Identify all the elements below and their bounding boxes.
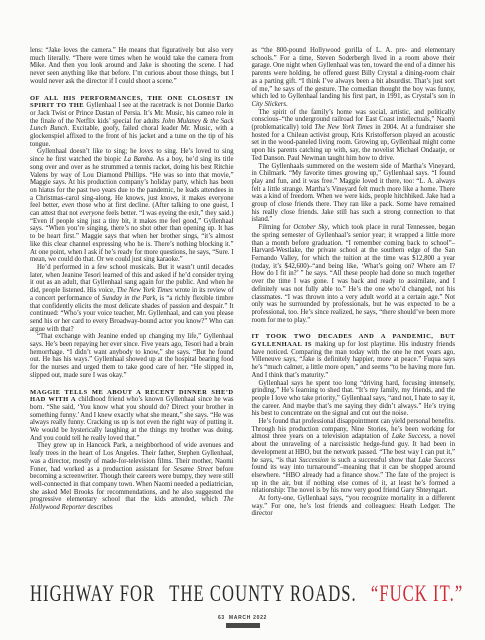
paragraph: At forty-one, Gyllenhaal says, “you reco… xyxy=(252,495,456,518)
paragraph: He’d performed in a few school musicals.… xyxy=(30,264,234,333)
paragraph: “That exchange with Jeanine ended up cha… xyxy=(30,333,234,379)
page-number: 63 xyxy=(218,615,225,621)
article-body: lens: “Jake loves the camera.” He means … xyxy=(30,47,455,518)
paragraph: Filming for October Sky, which took plac… xyxy=(252,224,456,324)
folio: 63MARCH 2022 xyxy=(0,615,485,628)
headline-segment-left: HIGHWAY FOR xyxy=(30,581,155,607)
paragraph: MAGGIE TELLS ME ABOUT A RECENT DINNER SH… xyxy=(30,389,234,443)
paragraph: Gyllenhaal doesn’t like to sing; he love… xyxy=(30,148,234,264)
pull-quote-headline: HIGHWAY FOR THE COUNTY ROADS. “FUCK IT.” xyxy=(0,581,485,607)
paragraph: OF ALL HIS PERFORMANCES, THE ONE CLOSEST… xyxy=(30,95,234,149)
magazine-page: lens: “Jake loves the camera.” He means … xyxy=(0,0,485,640)
paragraph: Gyllenhaal says he spent too long “drivi… xyxy=(252,380,456,419)
paragraph: IT TOOK TWO DECADES AND A PANDEMIC, BUT … xyxy=(252,333,456,379)
paragraph: The Gyllenhaals summered on the western … xyxy=(252,163,456,225)
left-column: lens: “Jake loves the camera.” He means … xyxy=(30,47,234,518)
right-column: as “the 800-pound Hollywood gorilla of L… xyxy=(252,47,456,518)
paragraph: lens: “Jake loves the camera.” He means … xyxy=(30,47,234,86)
headline-segment-accent: “FUCK IT.” xyxy=(371,581,463,607)
credit-bar xyxy=(226,623,260,628)
headline-segment-center: THE COUNTY ROADS. xyxy=(169,581,356,607)
issue-date: MARCH 2022 xyxy=(229,615,267,621)
paragraph: as “the 800-pound Hollywood gorilla of L… xyxy=(252,47,456,109)
folio-line: 63MARCH 2022 xyxy=(0,615,485,621)
paragraph: He’s found that professional disappointm… xyxy=(252,418,456,495)
paragraph: They grew up in Hancock Park, a neighbor… xyxy=(30,442,234,511)
paragraph: The spirit of the family’s home was soci… xyxy=(252,109,456,163)
